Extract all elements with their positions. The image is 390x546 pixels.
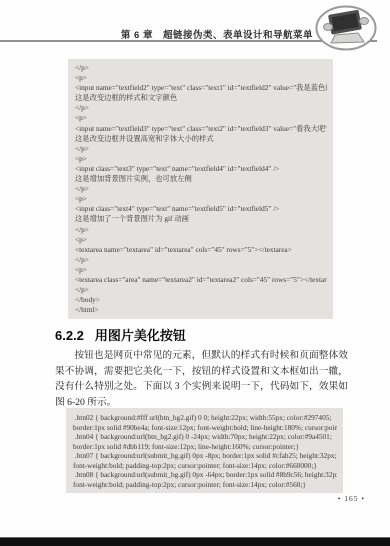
code-line: </p> xyxy=(75,285,327,295)
code-line: 这是改变边框的样式和文字颜色 xyxy=(75,93,327,103)
code-line: <input name="textfield3" type="text" cla… xyxy=(75,124,327,134)
code-line: .btn02 { background:#fff url(btn_bg2.gif… xyxy=(73,413,337,423)
code-line: border:1px solid #90be4a; font-size:12px… xyxy=(73,423,337,433)
section-heading: 6.2.2用图片美化按钮 xyxy=(55,325,186,344)
code-line: font-weight:bold; padding-top:2px; curso… xyxy=(73,480,337,490)
page-bottom-edge xyxy=(0,537,390,546)
computer-icon xyxy=(315,5,378,52)
chapter-header-title: 第 6 章 超链接伪类、表单设计和导航菜单 xyxy=(121,27,313,41)
code-line: .btn07 { background:url(submit_bg.gif) 0… xyxy=(73,451,337,461)
code-line: 这是改变边框并设置高宽和字体大小的样式 xyxy=(75,134,327,144)
code-line: <input class="text3" type="text" name="t… xyxy=(75,164,327,174)
code-line: border:1px solid #dbb119; font-size:12px… xyxy=(73,442,337,452)
book-page: 第 6 章 超链接伪类、表单设计和导航菜单 </p><p><input name… xyxy=(0,0,390,546)
code-line: <p> xyxy=(75,73,327,83)
section-title: 用图片美化按钮 xyxy=(95,328,186,343)
code-line: </html> xyxy=(75,305,327,315)
code-line: </p> xyxy=(75,63,327,73)
section-number: 6.2.2 xyxy=(55,328,84,343)
code-line: </p> xyxy=(75,103,327,113)
code-line: <p> xyxy=(75,265,327,275)
code-line: 这是增加背景图片实例，也可放左侧 xyxy=(75,174,327,184)
code-line: .btn04 { background:url(btn_bg2.gif) 0 -… xyxy=(73,432,337,442)
code-line: </p> xyxy=(75,225,327,235)
code-line: </p> xyxy=(75,255,327,265)
code-line: font-weight:bold; padding-top:2px; curso… xyxy=(73,461,337,471)
code-line: </p> xyxy=(75,184,327,194)
code-line: <textarea class="area" name="textarea2" … xyxy=(75,275,327,285)
code-line: </body> xyxy=(75,295,327,305)
code-line: <input name="textfield2" type="text" cla… xyxy=(75,83,327,93)
code-line: <p> xyxy=(75,194,327,204)
code-line: <p> xyxy=(75,235,327,245)
code-line: <input class="text4" type="text" name="t… xyxy=(75,204,327,214)
body-paragraph: 按钮也是网页中常见的元素，但默认的样式有时候和页面整体效果不协调，需要把它美化一… xyxy=(55,348,348,411)
code-line: <p> xyxy=(75,154,327,164)
code-line: <textarea name="textarea" id="textarea" … xyxy=(75,245,327,255)
code-listing-html: </p><p><input name="textfield2" type="te… xyxy=(68,59,333,319)
code-line: 这是增加了一个背景图片为 gif 动画 xyxy=(75,214,327,224)
code-listing-css: .btn02 { background:#fff url(btn_bg2.gif… xyxy=(66,408,343,493)
code-line: </p> xyxy=(75,144,327,154)
page-number: • 165 • xyxy=(338,494,365,503)
code-line: <p> xyxy=(75,113,327,123)
code-line: .btn08 { background:url(submit_bg.gif) 0… xyxy=(73,470,337,480)
